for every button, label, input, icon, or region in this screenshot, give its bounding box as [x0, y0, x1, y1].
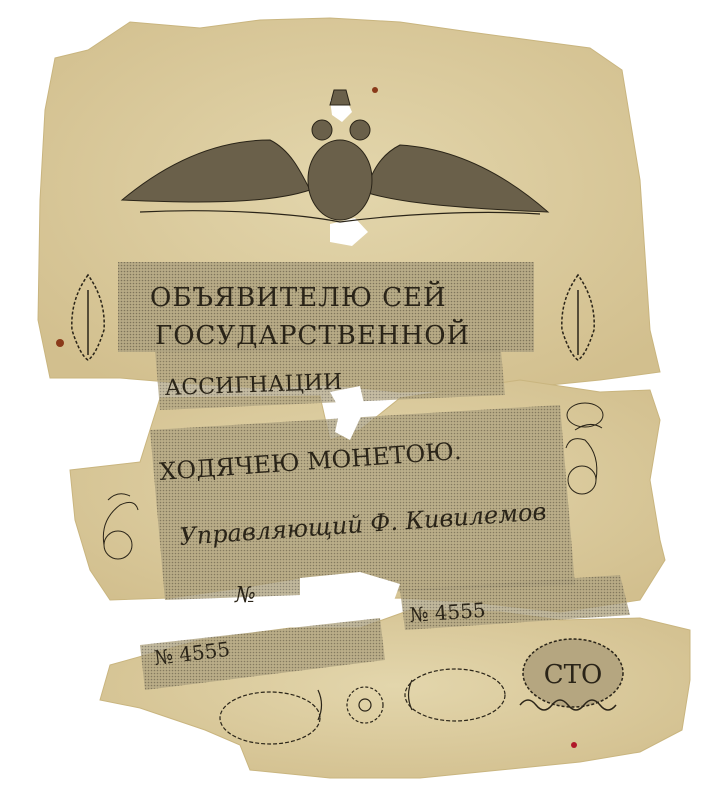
banknote-canvas: СТО ОБЪЯВИТЕЛЮ СЕЙ ГОСУДАРСТВЕННОЙ АССИГ… [0, 0, 706, 800]
number-mark: № [234, 583, 256, 608]
denomination-text: СТО [544, 660, 603, 690]
banknote-photo: СТО ОБЪЯВИТЕЛЮ СЕЙ ГОСУДАРСТВЕННОЙ АССИГ… [0, 0, 706, 800]
text-line-2: ГОСУДАРСТВЕННОЙ [155, 319, 470, 351]
text-line-1: ОБЪЯВИТЕЛЮ СЕЙ [150, 281, 447, 313]
